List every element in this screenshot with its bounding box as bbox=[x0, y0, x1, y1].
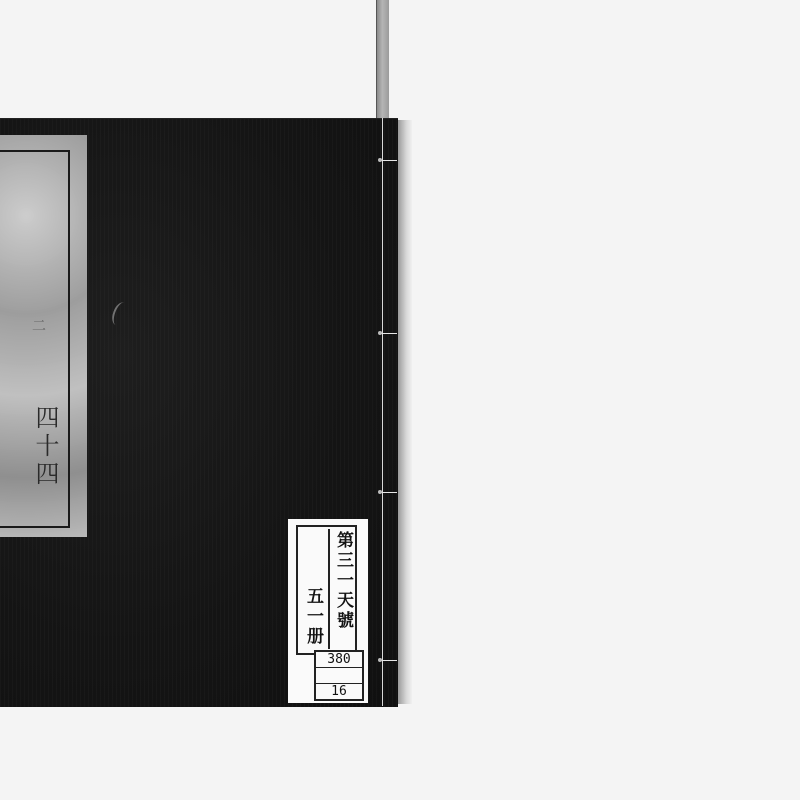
call-number-box: 380 16 bbox=[314, 650, 364, 701]
call-number-row: 16 bbox=[316, 684, 362, 699]
stitch-hole bbox=[380, 160, 397, 161]
call-number-row: 380 bbox=[316, 652, 362, 668]
label-volume-count: 五一册 bbox=[302, 587, 324, 647]
handwritten-number: 四十四 bbox=[28, 405, 63, 489]
stitch-hole bbox=[380, 333, 397, 334]
label-divider bbox=[328, 529, 330, 649]
book-scan: 二 四十四 第三一天號 五一册 380 16 bbox=[0, 0, 800, 800]
stitch-hole bbox=[380, 492, 397, 493]
bookmark-string bbox=[376, 0, 389, 118]
label-shelf-number: 第三一天號 bbox=[332, 531, 354, 631]
spine-edge bbox=[398, 120, 412, 704]
stitch-hole bbox=[380, 660, 397, 661]
call-number-row bbox=[316, 668, 362, 684]
library-label: 第三一天號 五一册 380 16 bbox=[288, 519, 368, 703]
volume-marker: 二 bbox=[28, 318, 48, 336]
binding-thread bbox=[382, 118, 383, 706]
